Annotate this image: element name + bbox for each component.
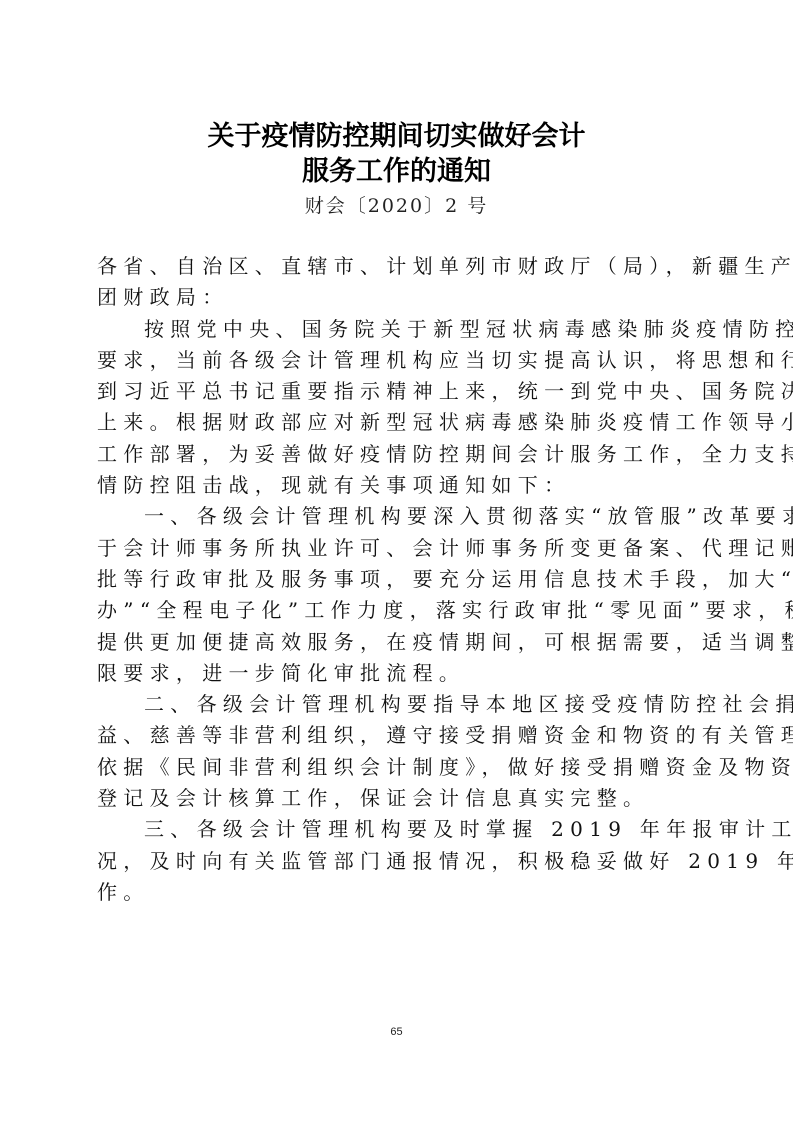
body-text-line: 团财政局： [97, 282, 701, 313]
body-text-line: 依据《民间非营利组织会计制度》，做好接受捐赠资金及物资的接收、 [97, 752, 701, 783]
body-text-line: 批等行政审批及服务事项，要充分运用信息技术手段，加大“一网通 [97, 564, 701, 595]
body-text-line: 到习近平总书记重要指示精神上来，统一到党中央、国务院决策部署 [97, 376, 701, 407]
document-body: 各省、自治区、直辖市、计划单列市财政厅（局），新疆生产建设兵团财政局：按照党中央… [97, 251, 701, 908]
body-text-line: 上来。根据财政部应对新型冠状病毒感染肺炎疫情工作领导小组有关 [97, 407, 701, 438]
body-text-line: 于会计师事务所执业许可、会计师事务所变更备案、代理记账业务审 [97, 533, 701, 564]
body-text-line: 限要求，进一步简化审批流程。 [97, 658, 701, 689]
body-text-line: 益、慈善等非营利组织，遵守接受捐赠资金和物资的有关管理规定， [97, 720, 701, 751]
document-title-line-2: 服务工作的通知 [0, 149, 793, 188]
body-text-line: 按照党中央、国务院关于新型冠状病毒感染肺炎疫情防控的部署 [97, 314, 701, 345]
body-text-line: 况，及时向有关监管部门通报情况，积极稳妥做好 2019 年年报审计工 [97, 846, 701, 877]
body-text-line: 情防控阻击战，现就有关事项通知如下： [97, 470, 701, 501]
document-title-line-1: 关于疫情防控期间切实做好会计 [0, 114, 793, 153]
body-text-line: 三、各级会计管理机构要及时掌握 2019 年年报审计工作进展情 [97, 814, 701, 845]
body-text-line: 办”“全程电子化”工作力度，落实行政审批“零见面”要求，积极 [97, 595, 701, 626]
body-text-line: 一、各级会计管理机构要深入贯彻落实“放管服”改革要求，对 [97, 501, 701, 532]
body-text-line: 各省、自治区、直辖市、计划单列市财政厅（局），新疆生产建设兵 [97, 251, 701, 282]
page-number: 65 [0, 1026, 793, 1038]
body-text-line: 作。 [97, 877, 701, 908]
body-text-line: 二、各级会计管理机构要指导本地区接受疫情防控社会捐赠的公 [97, 689, 701, 720]
document-number: 财会〔2020〕2 号 [0, 191, 793, 218]
body-text-line: 登记及会计核算工作，保证会计信息真实完整。 [97, 783, 701, 814]
body-text-line: 要求，当前各级会计管理机构应当切实提高认识，将思想和行动统一 [97, 345, 701, 376]
body-text-line: 提供更加便捷高效服务，在疫情期间，可根据需要，适当调整审批时 [97, 627, 701, 658]
body-text-line: 工作部署，为妥善做好疫情防控期间会计服务工作，全力支持打赢疫 [97, 439, 701, 470]
